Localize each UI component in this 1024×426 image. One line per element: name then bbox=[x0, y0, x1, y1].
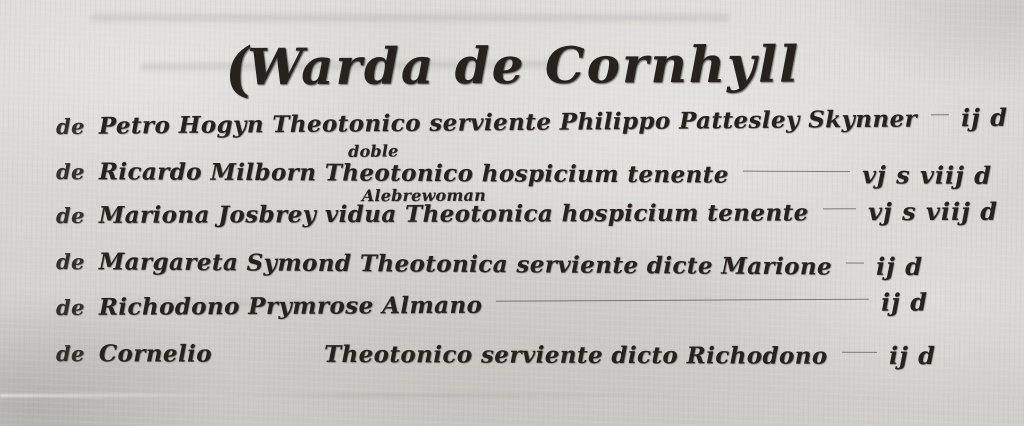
leader-line bbox=[496, 299, 869, 302]
entry-opening: de bbox=[56, 114, 85, 139]
entry-text: Mariona Josbrey vidua Theotonica hospici… bbox=[99, 199, 809, 229]
roll-entry: doble Alebrewoman de Ricardo Milborn The… bbox=[56, 157, 992, 191]
entry-text: Petro Hogyn Theotonico serviente Philipp… bbox=[99, 105, 917, 140]
roll-entry: de Margareta Symond Theotonica serviente… bbox=[56, 247, 922, 282]
entry-opening: de bbox=[56, 341, 85, 366]
entry-text: Richodono Prymrose Almano bbox=[99, 292, 483, 322]
amount-value: ij d bbox=[876, 253, 923, 282]
leader-line bbox=[931, 114, 949, 115]
amount-value: ij d bbox=[881, 288, 928, 317]
roll-entry: de Mariona Josbrey vidua Theotonica hosp… bbox=[56, 198, 998, 230]
paper-crease bbox=[0, 394, 804, 397]
amount-value: ij d bbox=[889, 342, 936, 371]
entry-text: Margareta Symond Theotonica serviente di… bbox=[99, 248, 832, 281]
entry-opening: de bbox=[56, 249, 85, 274]
amount-value: vj s viij d bbox=[868, 198, 998, 227]
leader-line bbox=[823, 208, 857, 209]
entry-opening: de bbox=[56, 203, 85, 228]
leader-line bbox=[846, 262, 864, 263]
entry-opening: de bbox=[56, 295, 85, 320]
amount-value: ij d bbox=[961, 104, 1008, 133]
leader-line bbox=[842, 352, 877, 353]
amount-value: vj s viij d bbox=[862, 161, 992, 190]
show-through-mark bbox=[90, 14, 730, 21]
roll-entry: de Petro Hogyn Theotonico serviente Phil… bbox=[56, 104, 950, 141]
entry-opening: de bbox=[56, 159, 85, 184]
leader-line bbox=[743, 170, 850, 172]
entry-text: Ricardo Milborn Theotonico hospicium ten… bbox=[99, 158, 729, 189]
page-title: Warda de Cornhyll bbox=[247, 34, 800, 96]
roll-entry: de Cornelio Theotonico serviente dicto R… bbox=[56, 339, 936, 371]
entry-text-continued: Theotonico serviente dicto Richodono bbox=[324, 341, 828, 370]
roll-entry: de Richodono Prymrose Almano ij d bbox=[56, 288, 928, 321]
interlinear-note-above: doble bbox=[348, 141, 399, 161]
ward-title: (Warda de Cornhyll bbox=[0, 31, 1024, 94]
manuscript-photo: (Warda de Cornhyll de Petro Hogyn Theoto… bbox=[0, 0, 1024, 426]
entry-text: Cornelio bbox=[99, 340, 212, 368]
